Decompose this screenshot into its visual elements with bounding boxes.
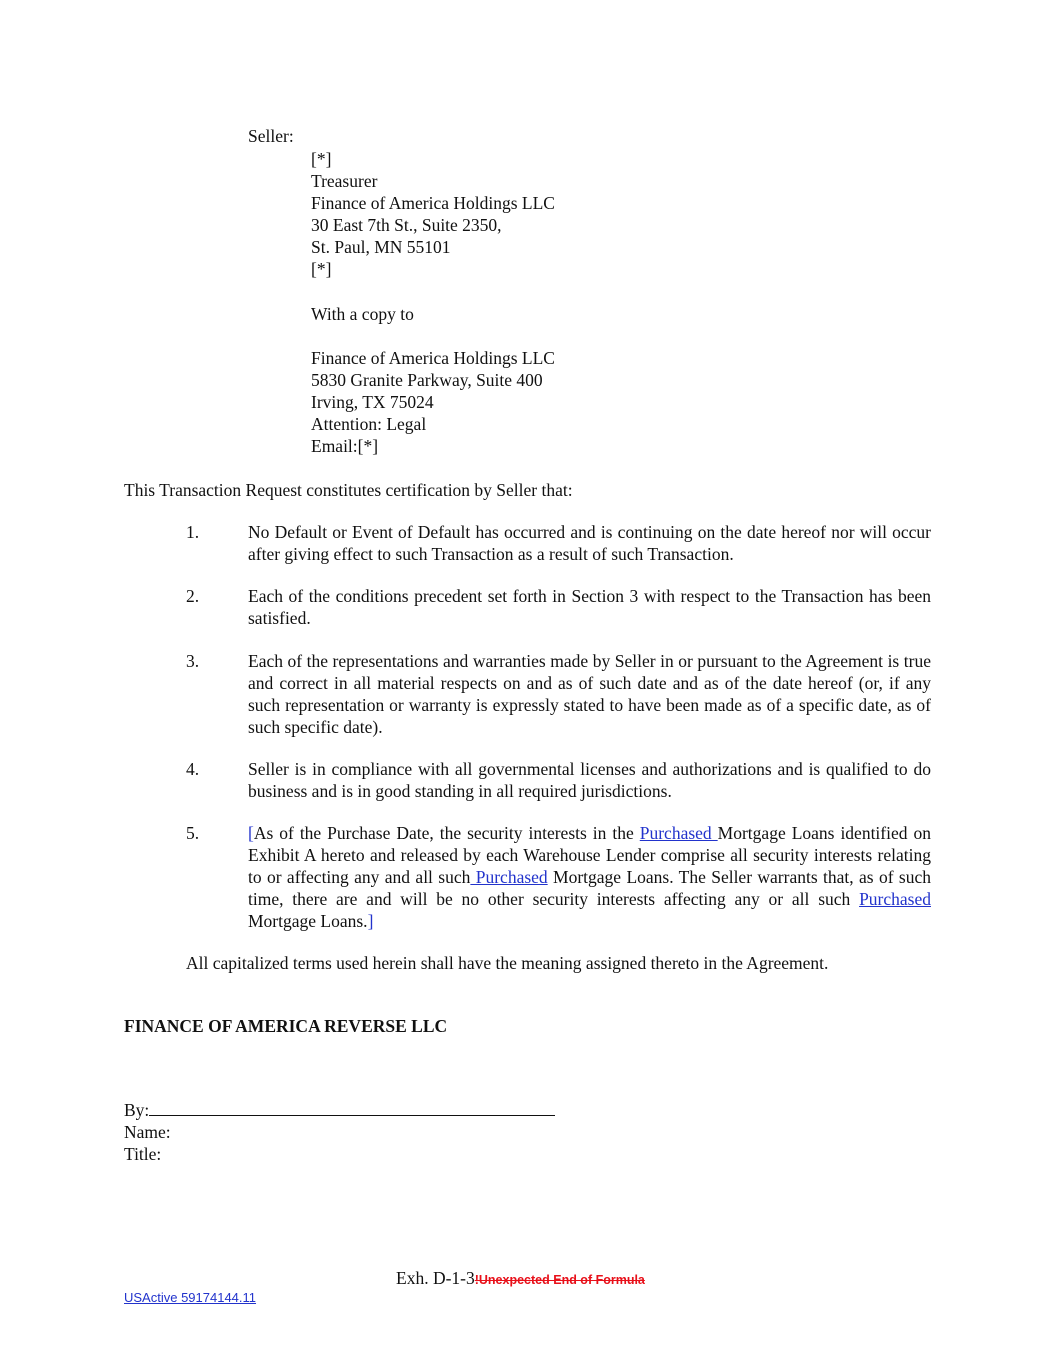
signature-line [149, 1099, 555, 1116]
item-text: Seller is in compliance with all governm… [248, 758, 931, 802]
closing-text: All capitalized terms used herein shall … [186, 952, 828, 974]
item-text: Each of the conditions precedent set for… [248, 585, 931, 629]
doc-id[interactable]: USActive 59174144.11 [124, 1285, 256, 1309]
doc-id-link[interactable]: USActive 59174144.11 [124, 1290, 256, 1305]
item-number: 5. [186, 822, 199, 844]
address-line: Finance of America Holdings LLC [311, 192, 555, 214]
intro-text: This Transaction Request constitutes cer… [124, 479, 573, 501]
address-line: Irving, TX 75024 [311, 391, 555, 413]
text-segment: As of the Purchase Date, the security in… [254, 823, 640, 843]
purchased-link[interactable]: Purchased [640, 823, 718, 843]
item-number: 4. [186, 758, 199, 780]
address-line: Attention: Legal [311, 413, 555, 435]
company-name: FINANCE OF AMERICA REVERSE LLC [124, 1015, 447, 1037]
item-number: 1. [186, 521, 199, 543]
address-line: Treasurer [311, 170, 555, 192]
formula-error: !Unexpected End of Formula [475, 1273, 645, 1287]
text-segment: Mortgage Loans. [248, 911, 368, 931]
seller-address: [*] Treasurer Finance of America Holding… [311, 148, 555, 280]
address-line: 5830 Granite Parkway, Suite 400 [311, 369, 555, 391]
by-label: By: [124, 1100, 149, 1120]
address-line: Email:[*] [311, 435, 555, 457]
copy-address: Finance of America Holdings LLC 5830 Gra… [311, 347, 555, 457]
purchased-link[interactable]: Purchased [470, 867, 547, 887]
address-line: Finance of America Holdings LLC [311, 347, 555, 369]
item-text: Each of the representations and warranti… [248, 650, 931, 738]
bracket-close[interactable]: ] [368, 911, 374, 931]
purchased-link[interactable]: Purchased [859, 889, 931, 909]
address-line: St. Paul, MN 55101 [311, 236, 555, 258]
exhibit-footer: Exh. D-1-3!Unexpected End of Formula [396, 1267, 645, 1291]
item-number: 2. [186, 585, 199, 607]
item-text-5: [As of the Purchase Date, the security i… [248, 822, 931, 932]
signature-title: Title: [124, 1143, 161, 1165]
address-line: 30 East 7th St., Suite 2350, [311, 214, 555, 236]
signature-by: By: [124, 1099, 555, 1121]
exhibit-label: Exh. D-1-3 [396, 1268, 475, 1288]
seller-label: Seller: [248, 125, 294, 147]
signature-name: Name: [124, 1121, 171, 1143]
item-text: No Default or Event of Default has occur… [248, 521, 931, 565]
address-line: [*] [311, 258, 555, 280]
item-number: 3. [186, 650, 199, 672]
address-line: [*] [311, 148, 555, 170]
copy-label: With a copy to [311, 303, 414, 325]
